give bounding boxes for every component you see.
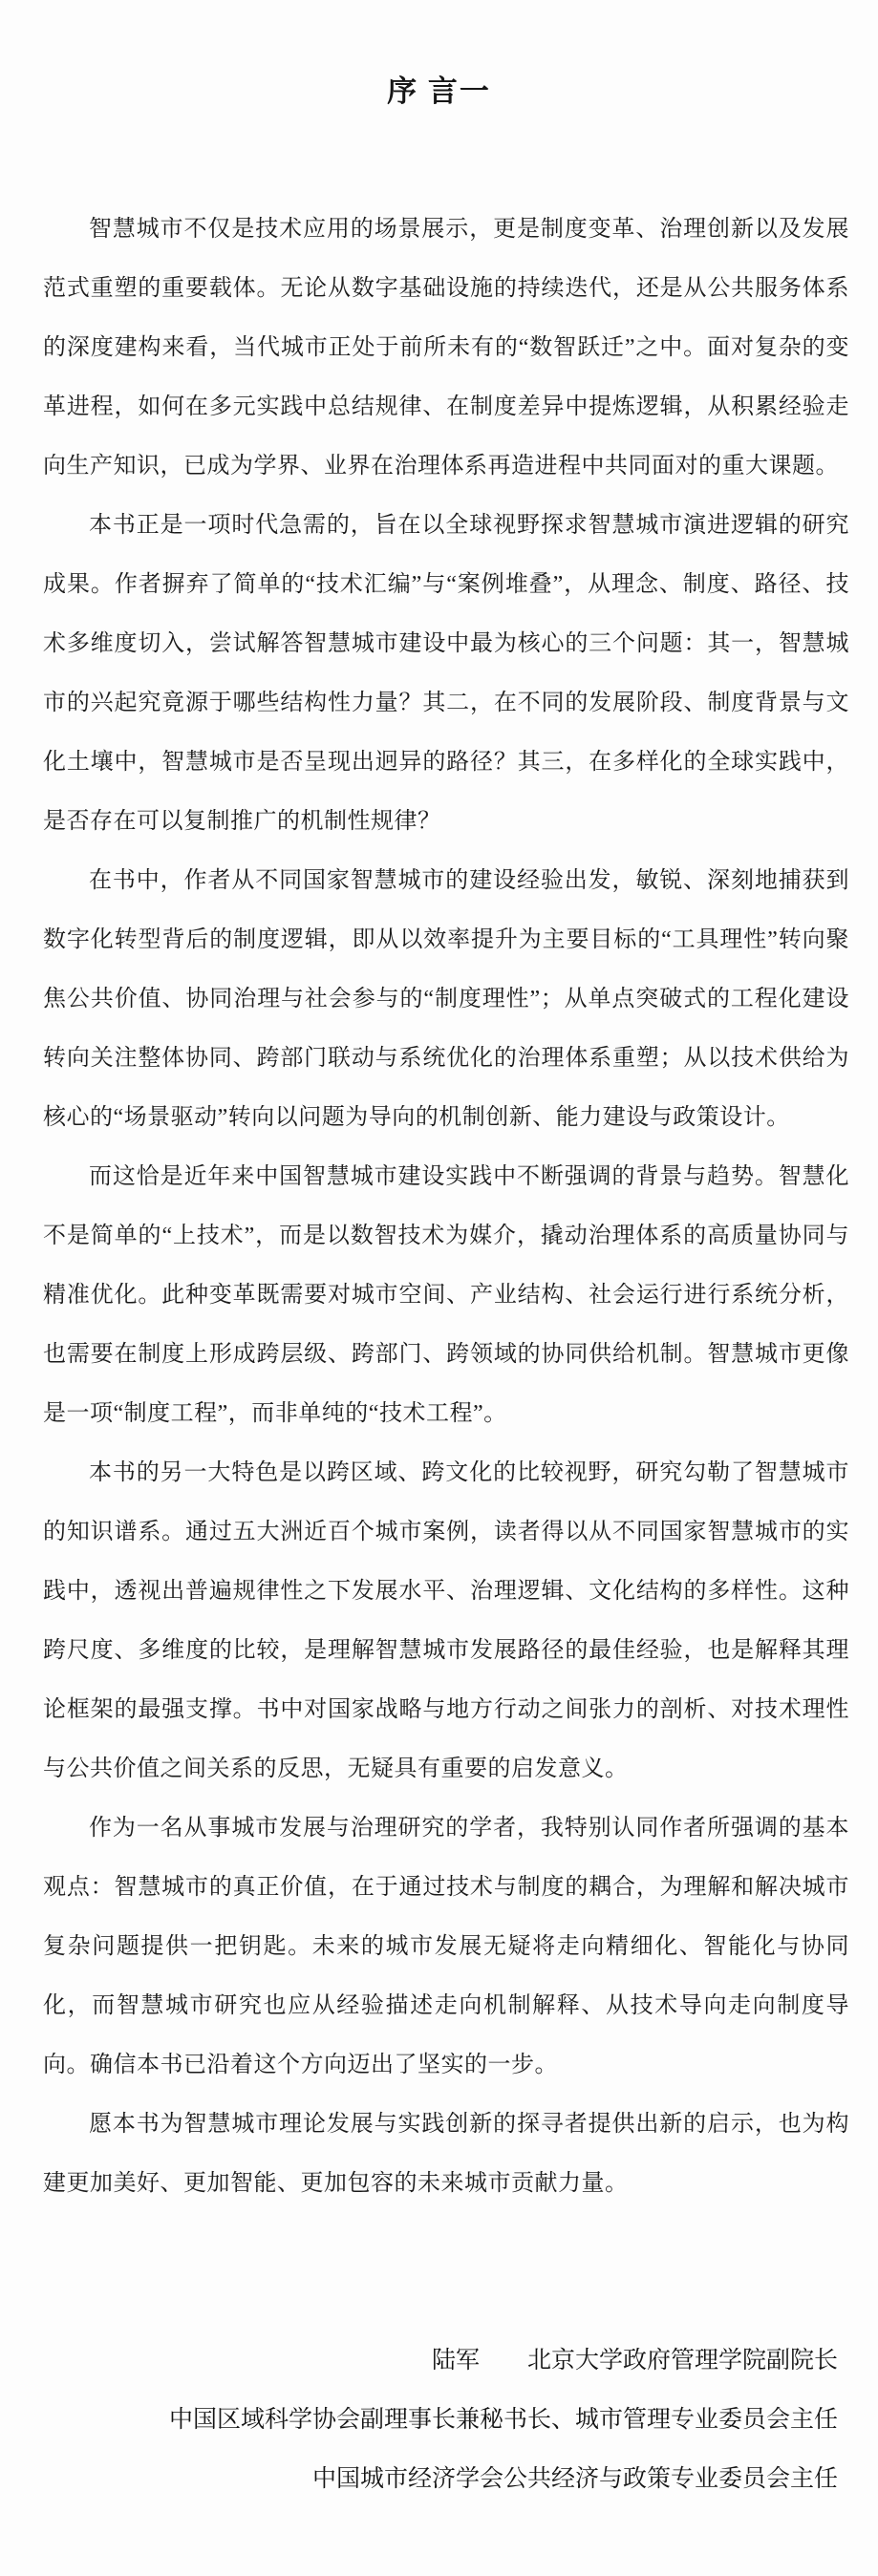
signature-line: 中国区域科学协会副理事长兼秘书长、城市管理专业委员会主任 xyxy=(0,2391,838,2450)
body-paragraph: 而这恰是近年来中国智慧城市建设实践中不断强调的背景与趋势。智慧化不是简单的“上技… xyxy=(43,1147,849,1443)
signature-block: 陆军 北京大学政府管理学院副院长 中国区域科学协会副理事长兼秘书长、城市管理专业… xyxy=(0,2331,878,2509)
body-paragraph: 愿本书为智慧城市理论发展与实践创新的探寻者提供出新的启示，也为构建更加美好、更加… xyxy=(43,2095,849,2213)
body-paragraph: 本书的另一大特色是以跨区域、跨文化的比较视野，研究勾勒了智慧城市的知识谱系。通过… xyxy=(43,1443,849,1799)
signature-line: 陆军 北京大学政府管理学院副院长 xyxy=(0,2331,838,2391)
document-page: 序 言一 智慧城市不仅是技术应用的场景展示，更是制度变革、治理创新以及发展范式重… xyxy=(0,0,878,2576)
preface-body: 智慧城市不仅是技术应用的场景展示，更是制度变革、治理创新以及发展范式重塑的重要载… xyxy=(0,200,878,2213)
body-paragraph: 智慧城市不仅是技术应用的场景展示，更是制度变革、治理创新以及发展范式重塑的重要载… xyxy=(43,200,849,496)
signature-line: 中国城市经济学会公共经济与政策专业委员会主任 xyxy=(0,2450,838,2509)
page-title: 序 言一 xyxy=(0,0,878,106)
body-paragraph: 本书正是一项时代急需的，旨在以全球视野探求智慧城市演进逻辑的研究成果。作者摒弃了… xyxy=(43,496,849,851)
body-paragraph: 在书中，作者从不同国家智慧城市的建设经验出发，敏锐、深刻地捕获到数字化转型背后的… xyxy=(43,851,849,1147)
body-paragraph: 作为一名从事城市发展与治理研究的学者，我特别认同作者所强调的基本观点：智慧城市的… xyxy=(43,1799,849,2095)
